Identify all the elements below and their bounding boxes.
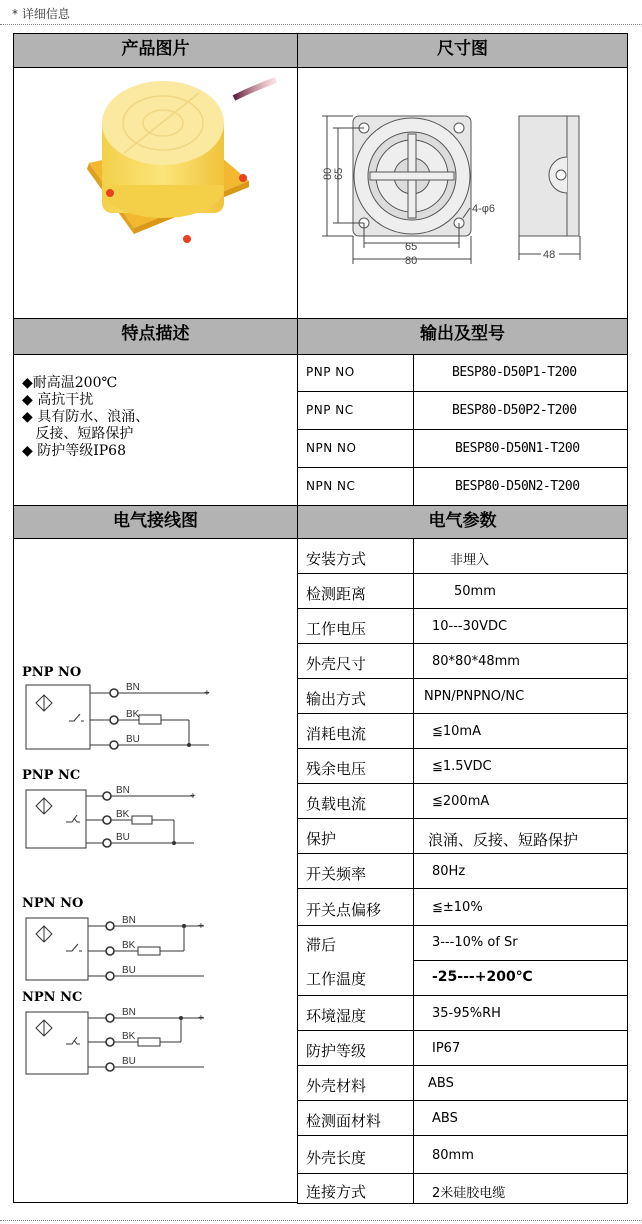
param-value: ≦1.5VDC — [432, 759, 492, 774]
param-label-cell: 残余电压 — [297, 748, 414, 784]
svg-text:+: + — [198, 921, 204, 932]
wiring-title: NPN NO — [22, 896, 83, 911]
product-image — [14, 68, 297, 318]
param-value-cell: ≦10mA — [413, 713, 628, 749]
features-cell: ◆耐高温200℃ ◆ 高抗干扰 ◆ 具有防水、浪涌、 反接、短路保护 ◆ 防护等… — [13, 354, 298, 506]
param-label: 开关点偏移 — [306, 899, 381, 920]
param-label: 残余电压 — [306, 758, 366, 779]
param-label: 防护等级 — [306, 1040, 366, 1061]
param-label: 安装方式 — [306, 548, 366, 569]
svg-text:BK: BK — [122, 1031, 136, 1042]
product-image-cell — [13, 67, 298, 319]
param-value: ABS — [428, 1076, 454, 1091]
svg-text:BU: BU — [126, 734, 140, 745]
param-label-cell: 连接方式 — [297, 1173, 414, 1204]
param-label: 开关频率 — [306, 863, 366, 884]
svg-text:+: + — [204, 688, 210, 699]
wiring-npn-no: BN BK BU + - — [14, 912, 244, 987]
dim-width-outer: 80 — [405, 255, 417, 267]
param-label-cell: 检测面材料 — [297, 1100, 414, 1136]
param-value-cell: ≦1.5VDC — [413, 748, 628, 784]
svg-text:BU: BU — [122, 1056, 136, 1067]
param-value-cell: 浪涌、反接、短路保护 — [413, 818, 628, 854]
param-value-cell: ≦200mA — [413, 783, 628, 819]
svg-text:BK: BK — [122, 940, 136, 951]
dim-holes: 4-φ6 — [472, 203, 495, 215]
param-value: 10---30VDC — [432, 619, 507, 634]
header-output-models: 输出及型号 — [297, 318, 628, 355]
param-value: 2米硅胶电缆 — [432, 1182, 505, 1201]
param-value-cell: 非埋入 — [413, 538, 628, 574]
features-list: ◆耐高温200℃ ◆ 高抗干扰 ◆ 具有防水、浪涌、 反接、短路保护 ◆ 防护等… — [22, 375, 149, 460]
param-value-cell: ABS — [413, 1065, 628, 1101]
param-value: ≦200mA — [432, 794, 489, 809]
wiring-pnp-nc: BN BK BU + - — [14, 784, 244, 854]
model-value-cell: BESP80-D50N1-T200 — [413, 429, 628, 468]
param-value: 80mm — [432, 1148, 474, 1163]
param-value-cell: NPN/PNPNO/NC — [413, 678, 628, 714]
divider-top — [0, 24, 642, 25]
param-label: 外壳尺寸 — [306, 653, 366, 674]
param-label: 消耗电流 — [306, 723, 366, 744]
dimension-drawing-cell: 80 65 65 80 4-φ6 48 — [297, 67, 628, 319]
svg-text:+: + — [198, 1013, 204, 1024]
param-value: ABS — [432, 1111, 458, 1126]
param-label-cell: 负载电流 — [297, 783, 414, 819]
param-label-cell: 保护 — [297, 818, 414, 854]
model-type-cell: NPN NO — [297, 429, 414, 468]
param-value: IP67 — [432, 1041, 460, 1056]
param-label-cell: 消耗电流 — [297, 713, 414, 749]
param-value-cell: 35-95%RH — [413, 995, 628, 1031]
param-value: 35-95%RH — [432, 1006, 501, 1021]
param-value-cell: -25---+200℃ — [413, 960, 628, 996]
param-value: 50mm — [454, 584, 496, 599]
header-dimension-drawing: 尺寸图 — [297, 33, 628, 68]
param-value: 80Hz — [432, 864, 465, 879]
param-label-cell: 外壳长度 — [297, 1135, 414, 1174]
param-label: 负载电流 — [306, 793, 366, 814]
param-label: 工作电压 — [306, 618, 366, 639]
feature-item: ◆ 防护等级IP68 — [22, 443, 149, 460]
param-value-cell: 80*80*48mm — [413, 643, 628, 679]
header-features: 特点描述 — [13, 318, 298, 355]
svg-text:-: - — [204, 740, 207, 751]
param-value-cell: 50mm — [413, 573, 628, 609]
param-value-cell: ABS — [413, 1100, 628, 1136]
wiring-npn-nc: BN BK BU + - — [14, 1006, 244, 1081]
wiring-title: PNP NC — [22, 768, 80, 783]
dim-height-inner: 65 — [333, 168, 345, 180]
dim-width-inner: 65 — [405, 241, 417, 253]
param-value-cell: ≦±10% — [413, 888, 628, 926]
model-type-cell: PNP NO — [297, 354, 414, 392]
wiring-pnp-no: BN BK BU + - — [14, 679, 244, 759]
model-type-cell: NPN NC — [297, 467, 414, 506]
param-value-cell: 80mm — [413, 1135, 628, 1174]
model-value-cell: BESP80-D50N2-T200 — [413, 467, 628, 506]
param-label-cell: 开关点偏移 — [297, 888, 414, 926]
param-value: 浪涌、反接、短路保护 — [428, 829, 578, 850]
param-value: ≦10mA — [432, 724, 481, 739]
param-label-cell: 防护等级 — [297, 1030, 414, 1066]
wiring-title: NPN NC — [22, 990, 82, 1005]
svg-text:+: + — [190, 791, 196, 802]
svg-text:BN: BN — [122, 1007, 136, 1018]
param-value-cell: 3---10% of Sr — [413, 925, 628, 961]
param-value: 3---10% of Sr — [432, 935, 518, 950]
param-label-cell: 检测距离 — [297, 573, 414, 609]
param-label: 外壳材料 — [306, 1075, 366, 1096]
param-label: 输出方式 — [306, 688, 366, 709]
dimension-drawing: 80 65 65 80 4-φ6 48 — [298, 68, 627, 318]
svg-text:-: - — [198, 1062, 201, 1073]
param-label-cell: 工作电压 — [297, 608, 414, 644]
param-value-cell: 2米硅胶电缆 — [413, 1173, 628, 1204]
header-electrical-params: 电气参数 — [297, 505, 628, 539]
param-value: 非埋入 — [450, 549, 489, 568]
param-label-cell: 环境湿度 — [297, 995, 414, 1031]
param-value-cell: 80Hz — [413, 853, 628, 889]
feature-item: ◆耐高温200℃ — [22, 375, 149, 392]
feature-item: ◆ 高抗干扰 — [22, 392, 149, 409]
param-label: 工作温度 — [306, 968, 366, 989]
dim-depth: 48 — [543, 249, 555, 261]
header-product-image: 产品图片 — [13, 33, 298, 68]
section-title: * 详细信息 — [12, 5, 70, 22]
svg-text:BK: BK — [126, 709, 140, 720]
param-value: -25---+200℃ — [432, 969, 533, 985]
feature-item: 反接、短路保护 — [22, 426, 149, 443]
model-value-cell: BESP80-D50P2-T200 — [413, 391, 628, 430]
param-value: NPN/PNPNO/NC — [424, 689, 524, 704]
param-label: 检测面材料 — [306, 1110, 381, 1131]
svg-text:BU: BU — [116, 832, 130, 843]
model-value-cell: BESP80-D50P1-T200 — [413, 354, 628, 392]
param-label: 检测距离 — [306, 583, 366, 604]
param-value: ≦±10% — [432, 900, 483, 915]
divider-bottom — [0, 1220, 642, 1221]
feature-item: ◆ 具有防水、浪涌、 — [22, 409, 149, 426]
svg-text:BN: BN — [126, 682, 140, 693]
model-type-cell: PNP NC — [297, 391, 414, 430]
svg-text:BU: BU — [122, 965, 136, 976]
wiring-title: PNP NO — [22, 665, 81, 680]
param-value: 80*80*48mm — [432, 654, 520, 669]
param-label: 外壳长度 — [306, 1147, 366, 1168]
param-label-cell: 安装方式 — [297, 538, 414, 574]
param-value-cell: IP67 — [413, 1030, 628, 1066]
svg-text:-: - — [198, 971, 201, 982]
svg-text:BK: BK — [116, 809, 130, 820]
param-label-cell: 外壳尺寸 — [297, 643, 414, 679]
svg-text:BN: BN — [122, 915, 136, 926]
param-label-cell: 外壳材料 — [297, 1065, 414, 1101]
svg-text:-: - — [190, 838, 193, 849]
param-label: 滞后 — [306, 934, 336, 955]
header-wiring-diagram: 电气接线图 — [13, 505, 298, 539]
param-label: 连接方式 — [306, 1181, 366, 1202]
wiring-diagram-cell: PNP NO BN BK BU + - PNP NC — [13, 538, 298, 1203]
svg-text:BN: BN — [116, 785, 130, 796]
param-value-cell: 10---30VDC — [413, 608, 628, 644]
param-label-cell: 输出方式 — [297, 678, 414, 714]
param-label: 保护 — [306, 828, 336, 849]
param-label-cell: 滞后 工作温度 — [297, 925, 414, 996]
param-label-cell: 开关频率 — [297, 853, 414, 889]
spec-table: 产品图片 尺寸图 — [13, 33, 628, 1203]
param-label: 环境湿度 — [306, 1005, 366, 1026]
